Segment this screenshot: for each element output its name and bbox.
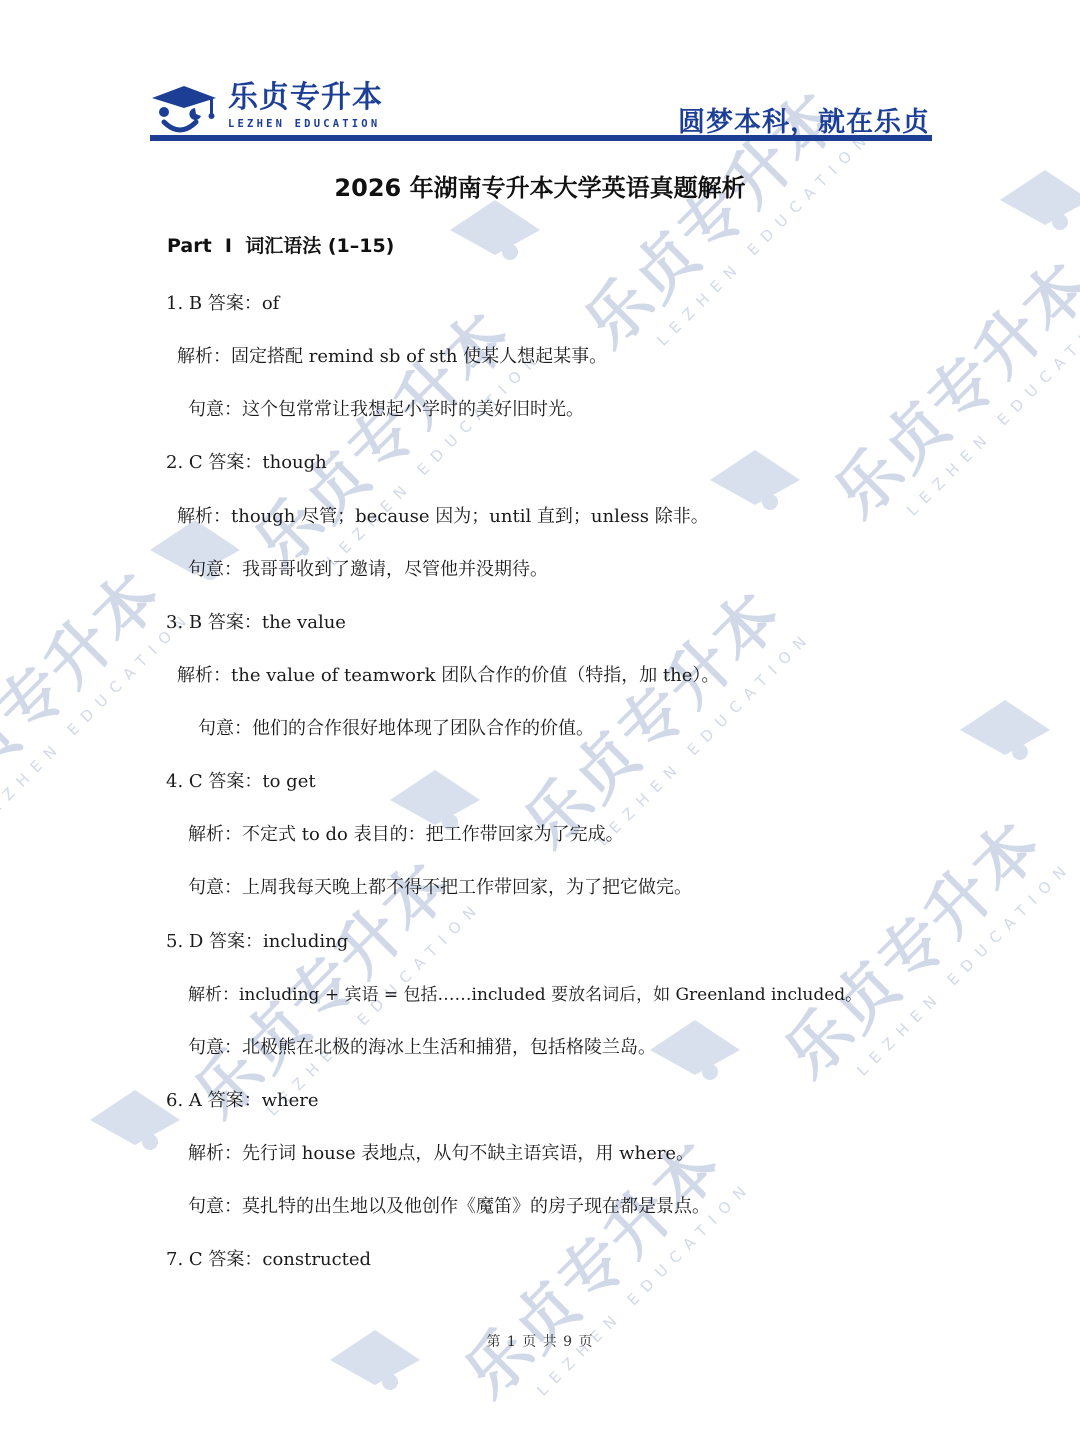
document-header: 乐贞专升本 LEZHEN EDUCATION 圆梦本科，就在乐贞 (150, 78, 932, 144)
brand-name-en: LEZHEN EDUCATION (228, 118, 383, 130)
question-analysis: 解析：不定式 to do 表目的：把工作带回家为了完成。 (188, 823, 624, 847)
brand-logo: 乐贞专升本 LEZHEN EDUCATION (150, 82, 383, 134)
question-meaning: 句意：北极熊在北极的海冰上生活和捕猎，包括格陵兰岛。 (188, 1036, 656, 1060)
question-answer: 2. C 答案：though (166, 451, 327, 475)
document-title: 2026 年湖南专升本大学英语真题解析 (0, 168, 1080, 203)
page-indicator: 第 1 页 共 9 页 (0, 1331, 1080, 1351)
graduation-cap-icon (710, 450, 800, 520)
question-answer: 4. C 答案：to get (166, 770, 316, 794)
question-answer: 7. C 答案：constructed (166, 1248, 371, 1272)
watermark: 乐贞专升本LEZHEN EDUCATION (0, 542, 196, 858)
question-meaning: 句意：莫扎特的出生地以及他创作《魔笛》的房子现在都是景点。 (188, 1195, 710, 1219)
question-meaning: 句意：他们的合作很好地体现了团队合作的价值。 (198, 717, 594, 741)
question-analysis: 解析：the value of teamwork 团队合作的价值（特指，加 th… (177, 664, 719, 688)
section-title: Part I 词汇语法 (1–15) (167, 231, 394, 258)
question-analysis: 解析：先行词 house 表地点，从句不缺主语宾语，用 where。 (188, 1142, 694, 1166)
header-divider (150, 135, 932, 141)
question-meaning: 句意：我哥哥收到了邀请，尽管他并没期待。 (188, 558, 548, 582)
question-answer: 6. A 答案：where (166, 1089, 319, 1113)
graduation-cap-icon (450, 200, 540, 270)
question-answer: 3. B 答案：the value (166, 611, 346, 635)
question-answer: 5. D 答案：including (166, 930, 348, 954)
watermark: 乐贞专升本LEZHEN EDUCATION (760, 792, 1076, 1108)
question-analysis: 解析：including + 宾语 = 包括……included 要放名词后，如… (188, 983, 862, 1007)
question-analysis: 解析：though 尽管；because 因为；until 直到；unless … (177, 505, 709, 529)
graduation-cap-icon (960, 700, 1050, 770)
question-meaning: 句意：这个包常常让我想起小学时的美好旧时光。 (188, 398, 584, 422)
question-analysis: 解析：固定搭配 remind sb of sth 使某人想起某事。 (177, 345, 607, 369)
graduation-cap-icon (650, 1020, 740, 1090)
question-answer: 1. B 答案：of (166, 292, 279, 316)
brand-name-cn: 乐贞专升本 (228, 82, 383, 114)
brand-slogan: 圆梦本科，就在乐贞 (678, 100, 930, 139)
watermark: 乐贞专升本LEZHEN EDUCATION (230, 282, 546, 598)
watermark: 乐贞专升本LEZHEN EDUCATION (810, 232, 1080, 548)
question-meaning: 句意：上周我每天晚上都不得不把工作带回家，为了把它做完。 (188, 876, 692, 900)
graduation-cap-smile-icon (150, 82, 220, 134)
